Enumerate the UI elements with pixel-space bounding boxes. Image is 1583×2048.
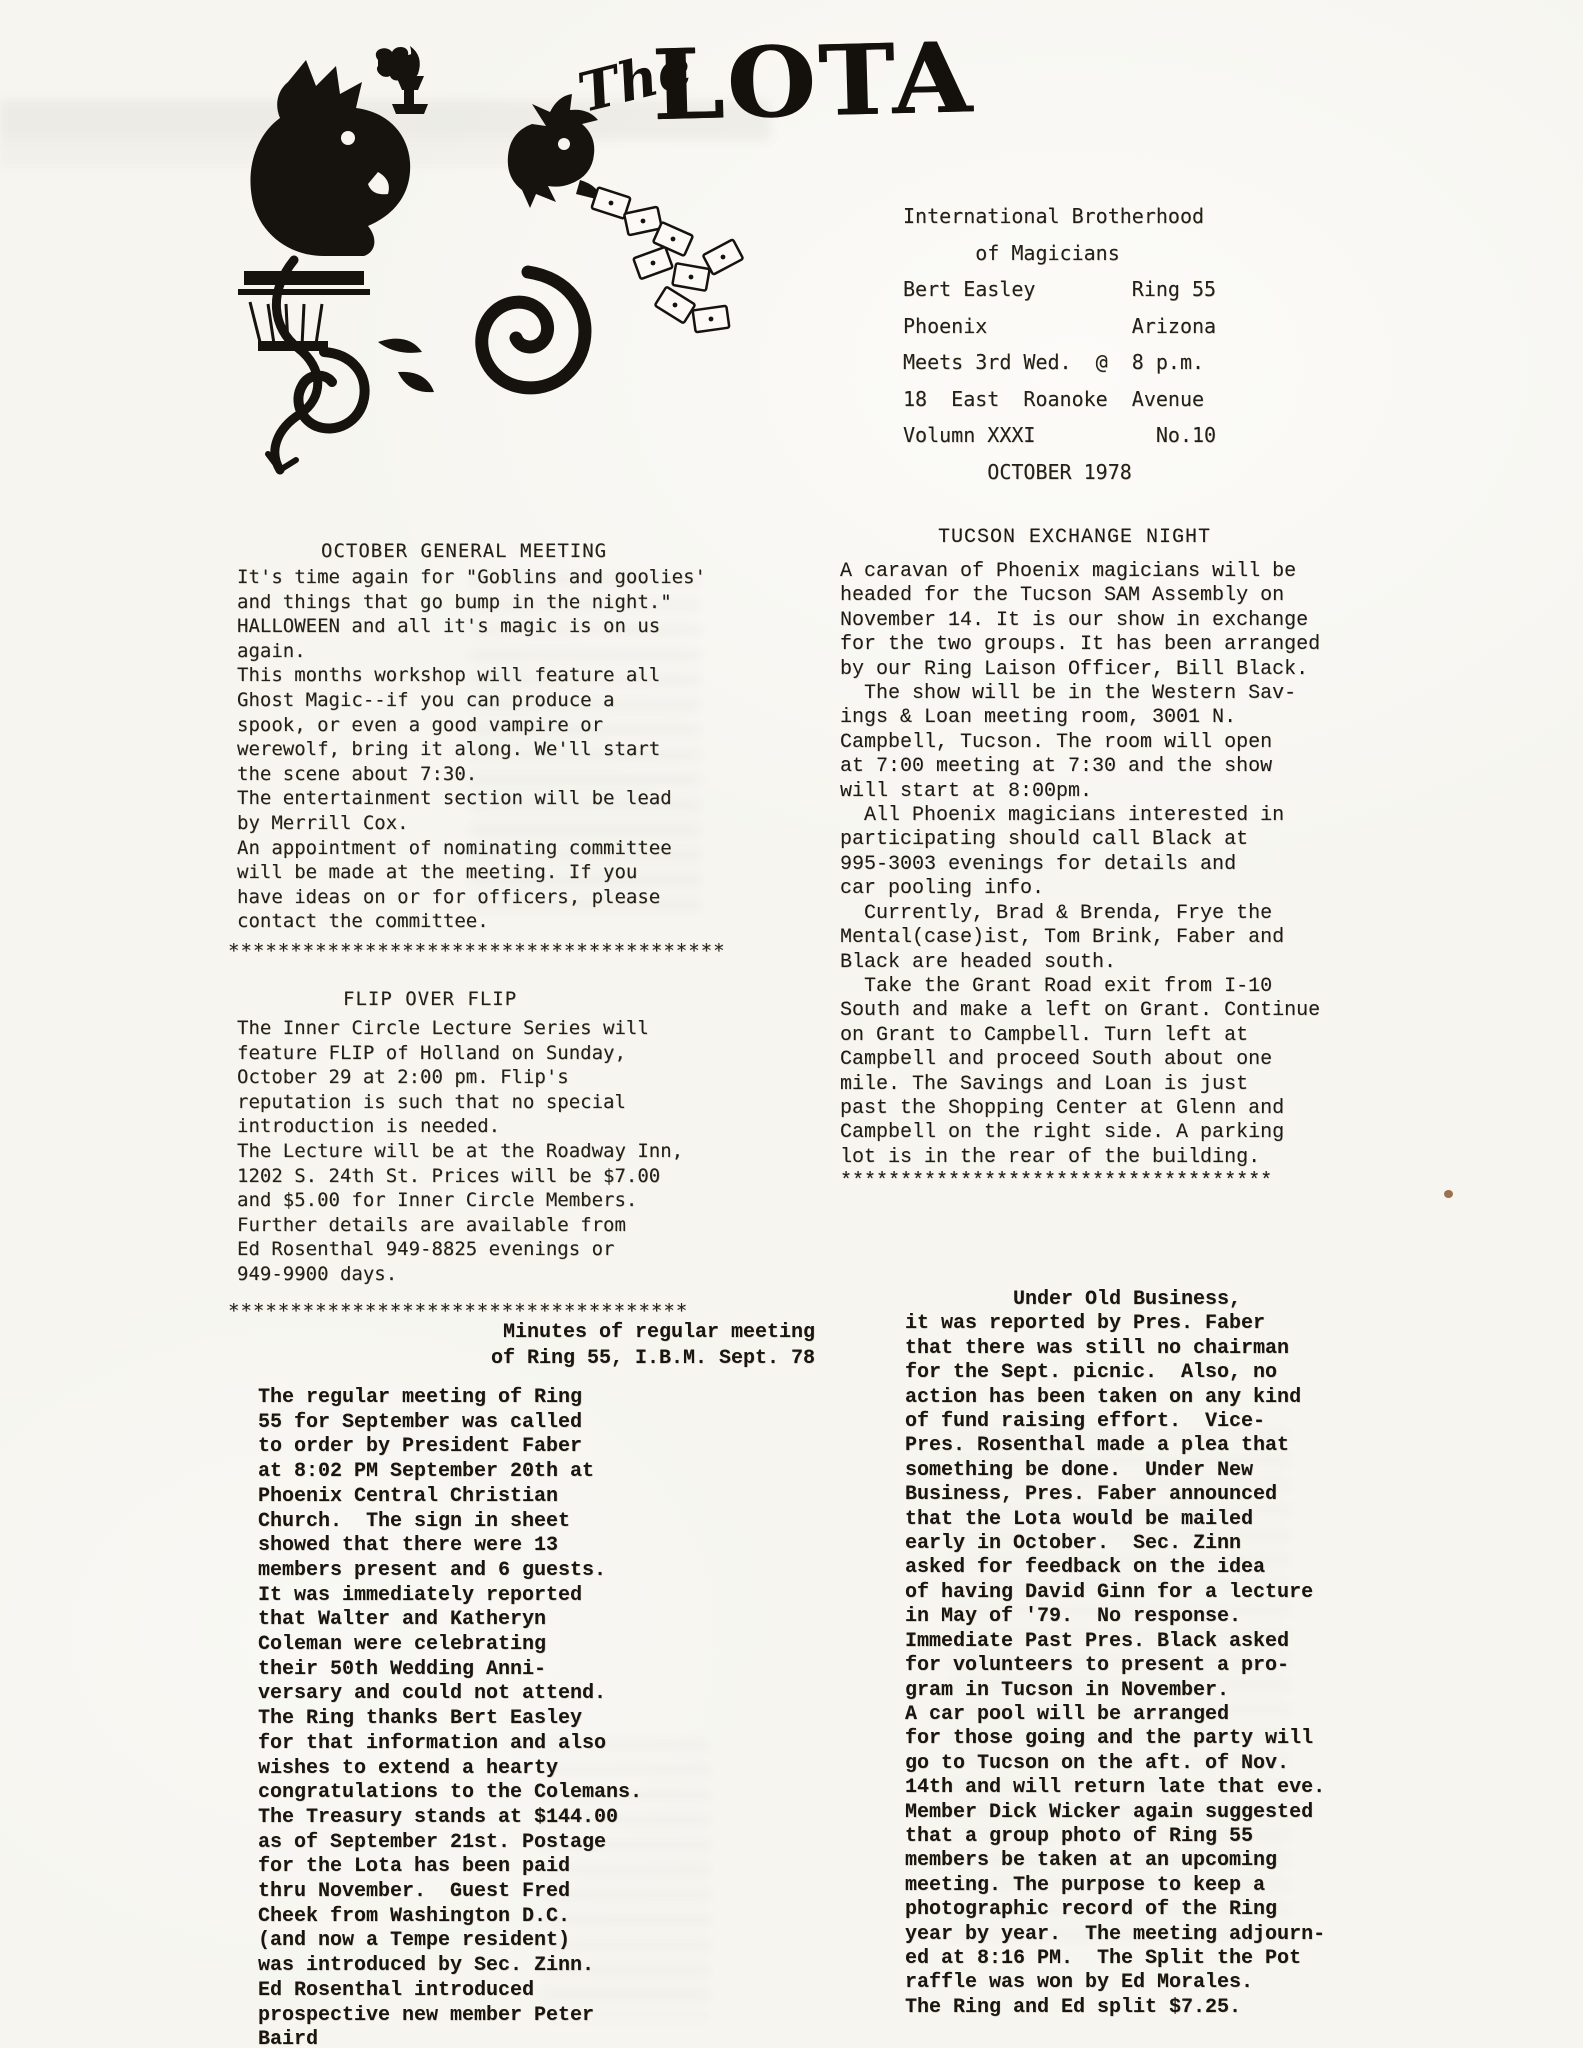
newsletter-title: LOTA	[650, 21, 975, 143]
pedestal-ornament	[238, 278, 370, 346]
section-heading-october-general-meeting: OCTOBER GENERAL MEETING	[321, 540, 607, 562]
article-minutes: The regular meeting of Ring 55 for Septe…	[258, 1386, 642, 2048]
article-tucson-exchange-night: A caravan of Phoenix magicians will be h…	[840, 560, 1320, 1195]
dragon-figure-icon	[250, 60, 410, 256]
playing-cards-icon	[591, 187, 743, 332]
section-heading-minutes: Minutes of regular meeting of Ring 55, I…	[395, 1320, 815, 1372]
article-old-business: Under Old Business, it was reported by P…	[905, 1288, 1325, 2020]
masthead-info: International Brotherhood of Magicians B…	[903, 198, 1216, 490]
article-october-general-meeting: It's time again for "Goblins and goolies…	[237, 565, 706, 934]
section-heading-flip-over-flip: FLIP OVER FLIP	[343, 988, 517, 1010]
asterisk-separator: *************************************	[228, 1300, 688, 1322]
asterisk-separator: ****************************************	[228, 940, 726, 962]
candle-and-smoke-icon	[376, 46, 428, 114]
paper-speck	[1444, 1190, 1453, 1198]
article-flip-over-flip: The Inner Circle Lecture Series will fea…	[237, 1016, 683, 1287]
newsletter-page: The LOTA International Brotherhood of Ma…	[0, 0, 1583, 2048]
section-heading-tucson-exchange-night: TUCSON EXCHANGE NIGHT	[938, 526, 1211, 549]
